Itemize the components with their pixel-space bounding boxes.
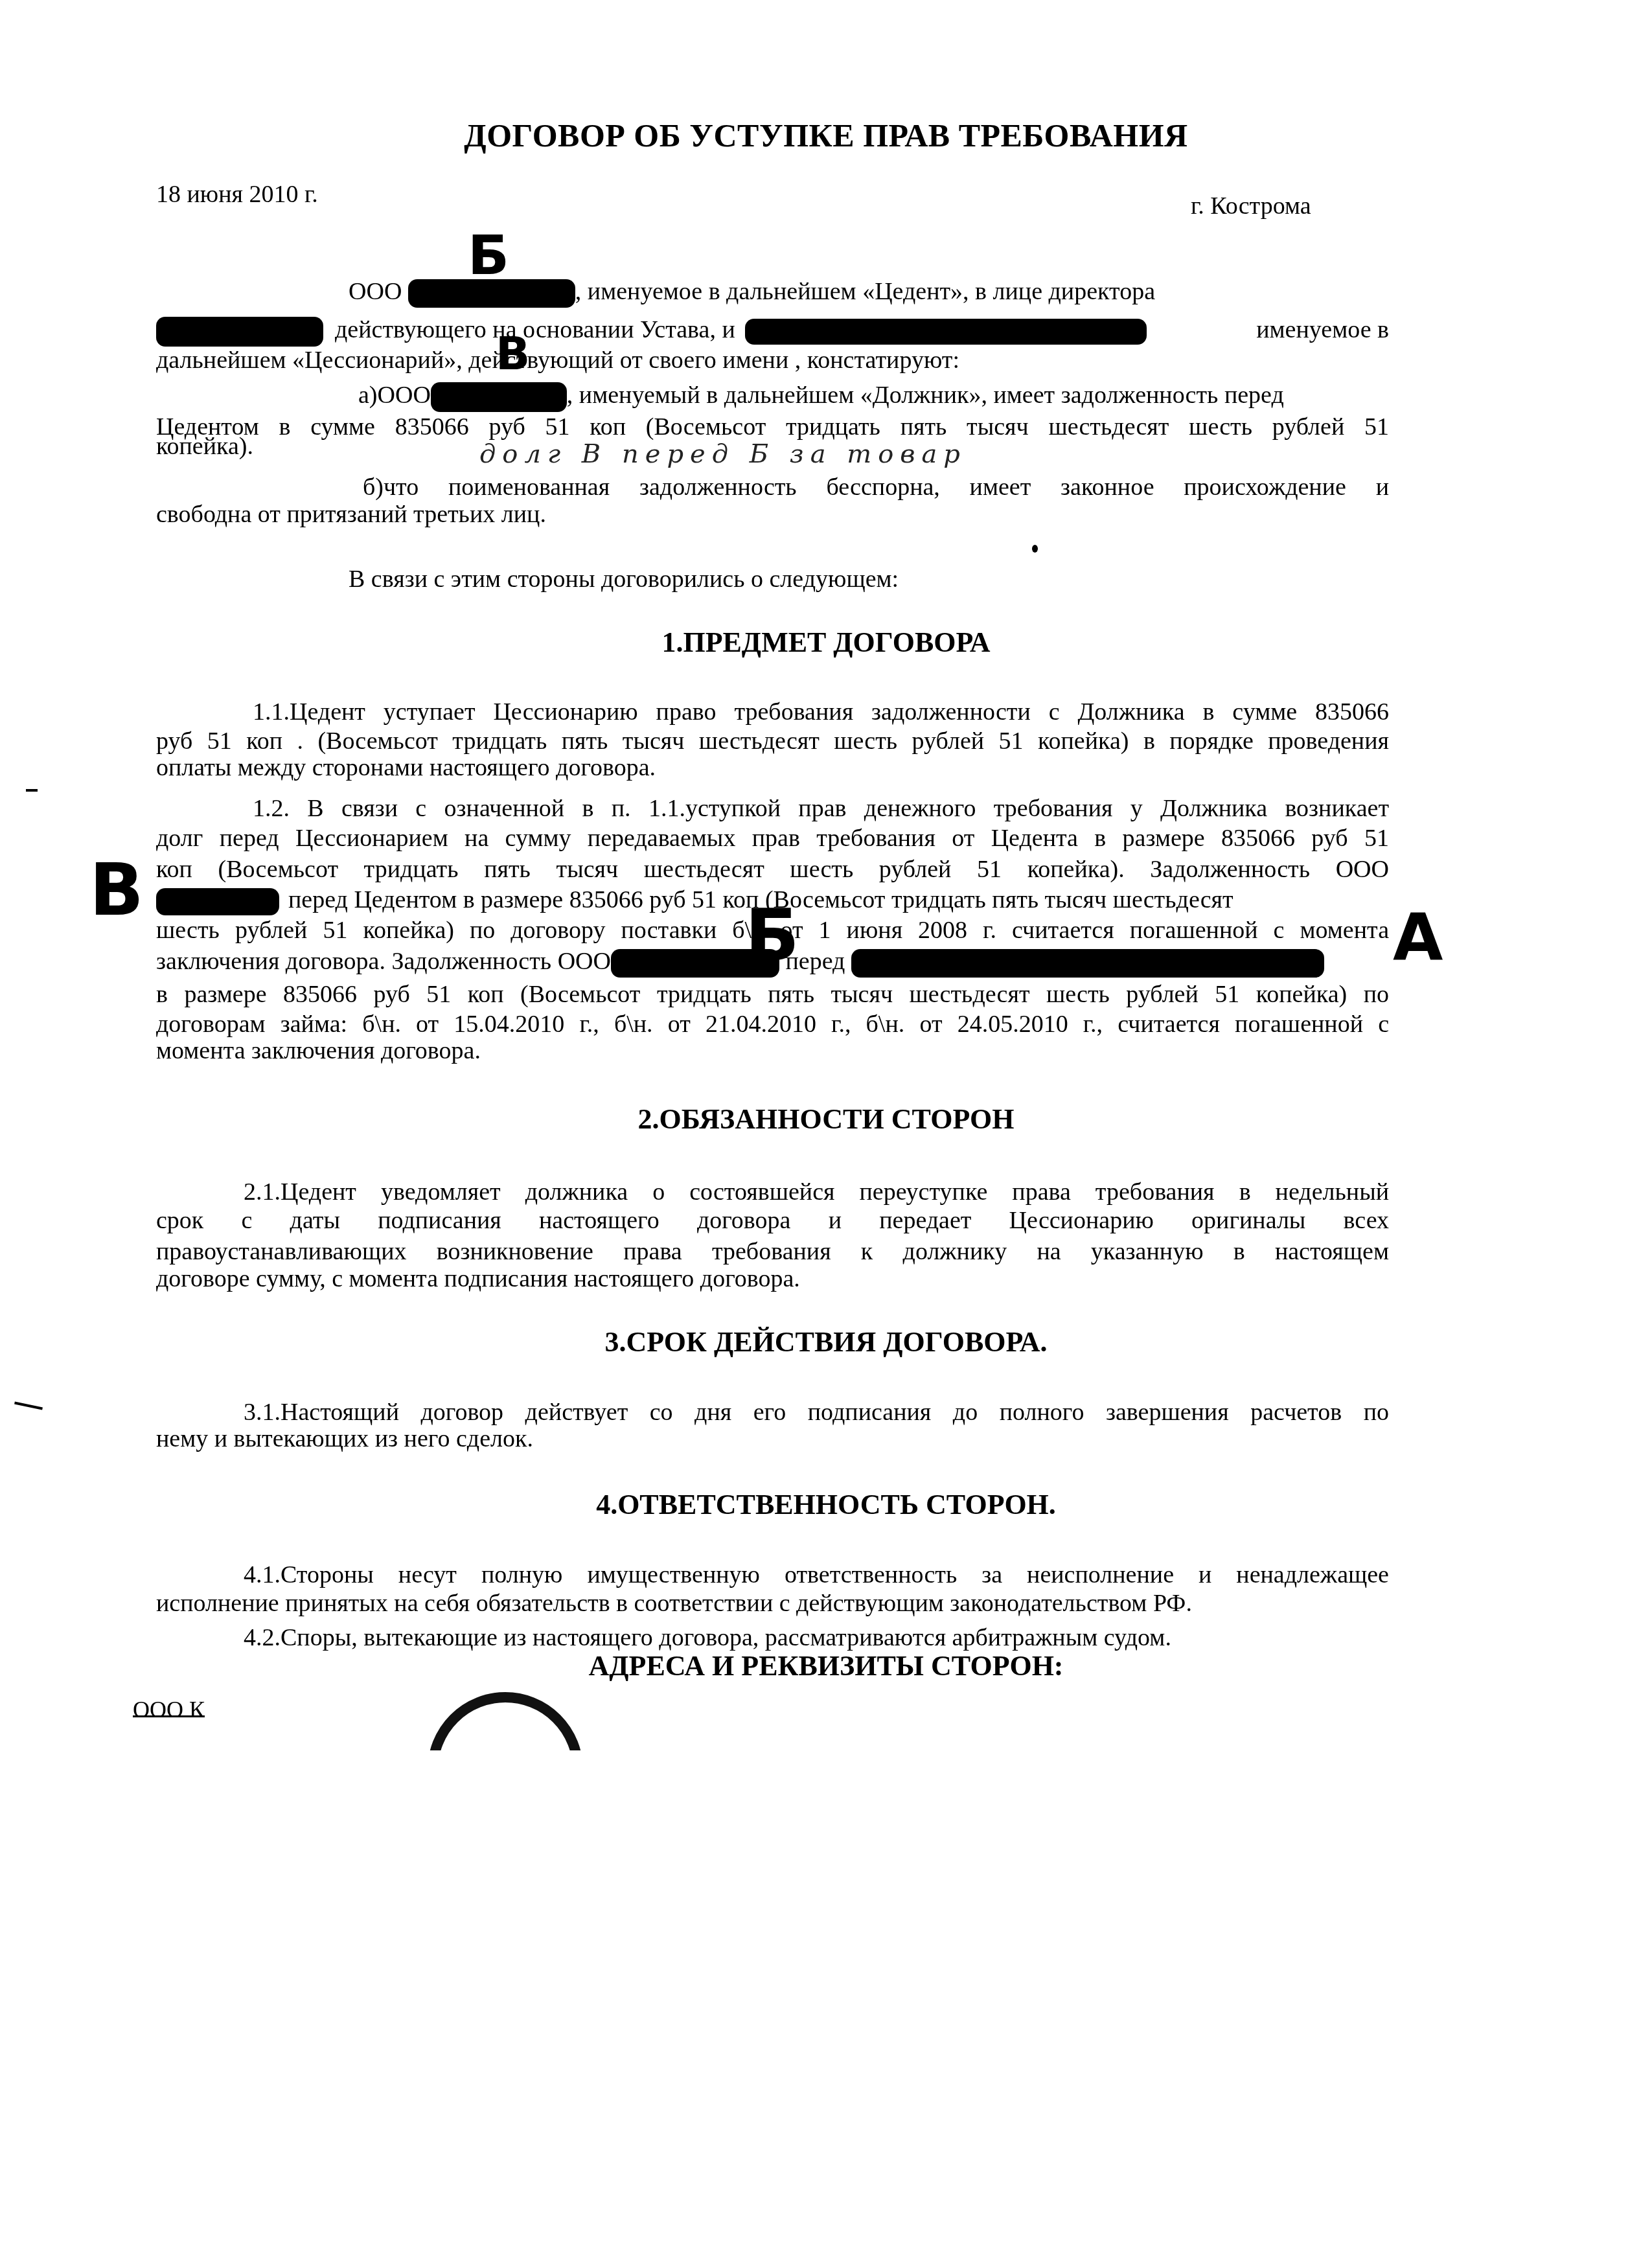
section-2-heading: 2.ОБЯЗАННОСТИ СТОРОН xyxy=(0,1103,1652,1136)
clause-1-2-line-3: коп (Восемьсот тридцать пять тысяч шесть… xyxy=(156,855,1389,884)
document-title: ДОГОВОР ОБ УСТУПКЕ ПРАВ ТРЕБОВАНИЯ xyxy=(0,117,1652,154)
preamble-line-3: дальнейшем «Цессионарий», действующий от… xyxy=(156,346,1389,374)
clause-2-1-line-1: 2.1.Цедент уведомляет должника о состояв… xyxy=(244,1178,1389,1206)
scan-speck xyxy=(1032,545,1038,553)
clause-a-debtor-text: , именуемый в дальнейшем «Должник», имее… xyxy=(567,382,1284,409)
section-4-heading: 4.ОТВЕТСТВЕННОСТЬ СТОРОН. xyxy=(0,1488,1652,1521)
contract-date: 18 июня 2010 г. xyxy=(156,180,318,209)
preamble-ooo-label: ООО xyxy=(349,278,402,305)
handwritten-mark-v-top: В xyxy=(496,327,530,380)
redaction-cedent-name xyxy=(408,279,575,308)
preamble-acting-basis: действующего на основании Устава, и xyxy=(335,316,735,343)
agreement-intro: В связи с этим стороны договорились о сл… xyxy=(349,565,1581,593)
stamp-ring-icon xyxy=(428,1692,583,1750)
cutoff-text-fragment: ООО К xyxy=(133,1696,205,1717)
redaction-party-a xyxy=(851,949,1324,978)
scan-mark-left-1 xyxy=(26,789,38,792)
clause-3-1-line-2: нему и вытекающих из него сделок. xyxy=(156,1425,1389,1453)
section-1-heading: 1.ПРЕДМЕТ ДОГОВОРА xyxy=(0,626,1652,659)
scan-mark-left-2 xyxy=(14,1401,43,1410)
clause-1-2-line-7: в размере 835066 руб 51 коп (Восемьсот т… xyxy=(156,980,1389,1009)
preamble-line-2: действующего на основании Устава, и имен… xyxy=(156,315,1389,347)
handwritten-mark-a-right: А xyxy=(1393,899,1443,975)
clause-4-2: 4.2.Споры, вытекающие из настоящего дого… xyxy=(244,1623,1476,1652)
addresses-heading: АДРЕСА И РЕКВИЗИТЫ СТОРОН: xyxy=(0,1649,1652,1682)
contract-city: г. Кострома xyxy=(1191,192,1311,220)
redaction-director-name xyxy=(156,317,323,347)
stamp-fragment xyxy=(428,1692,583,1750)
handwritten-note: долг В перед Б за товар xyxy=(479,439,967,469)
clause-1-1-line-2: руб 51 коп . (Восемьсот тридцать пять ты… xyxy=(156,727,1389,755)
clause-1-2-line-8: договорам займа: б\н. от 15.04.2010 г., … xyxy=(156,1010,1389,1038)
clause-b-line-2: свободна от притязаний третьих лиц. xyxy=(156,500,1389,529)
clause-2-1-line-4: договоре сумму, с момента подписания нас… xyxy=(156,1265,1389,1293)
clause-a-line-1: а)ООО, именуемый в дальнейшем «Должник»,… xyxy=(156,381,1389,412)
clause-1-2-line-1: 1.2. В связи с означенной в п. 1.1.уступ… xyxy=(253,794,1389,823)
clause-2-1-line-2: срок с даты подписания настоящего догово… xyxy=(156,1206,1389,1235)
clause-1-2-line-2: долг перед Цессионарием на сумму передав… xyxy=(156,824,1389,853)
clause-1-1-line-3: оплаты между сторонами настоящего догово… xyxy=(156,753,1389,782)
handwritten-mark-b-middle: Б xyxy=(745,894,799,977)
clause-1-2-line-9: момента заключения договора. xyxy=(156,1037,1389,1065)
clause-4-1-line-1: 4.1.Стороны несут полную имущественную о… xyxy=(244,1561,1389,1589)
clause-1-2-line-6-text: заключения договора. Задолженность ООО xyxy=(156,948,611,975)
section-3-heading: 3.СРОК ДЕЙСТВИЯ ДОГОВОРА. xyxy=(0,1325,1652,1358)
clause-1-1-line-1: 1.1.Цедент уступает Цессионарию право тр… xyxy=(253,698,1389,726)
clause-2-1-line-3: правоустанавливающих возникновение права… xyxy=(156,1237,1389,1266)
redaction-debtor-name xyxy=(431,382,567,412)
clause-a-ooo: а)ООО xyxy=(358,382,431,409)
clause-4-1-line-2: исполнение принятых на себя обязательств… xyxy=(156,1589,1389,1618)
handwritten-mark-v-left: В xyxy=(89,849,144,932)
preamble-line-1: ООО , именуемое в дальнейшем «Цедент», в… xyxy=(349,277,1320,308)
clause-3-1-line-1: 3.1.Настоящий договор действует со дня е… xyxy=(244,1398,1389,1426)
preamble-named: именуемое в xyxy=(1256,315,1389,344)
redaction-party-v xyxy=(156,888,279,915)
preamble-cedent-suffix: , именуемое в дальнейшем «Цедент», в лиц… xyxy=(575,278,1155,305)
clause-b-line-1: б)что поименованная задолженность бесспо… xyxy=(363,473,1389,501)
redaction-cessionary-name xyxy=(745,319,1147,345)
